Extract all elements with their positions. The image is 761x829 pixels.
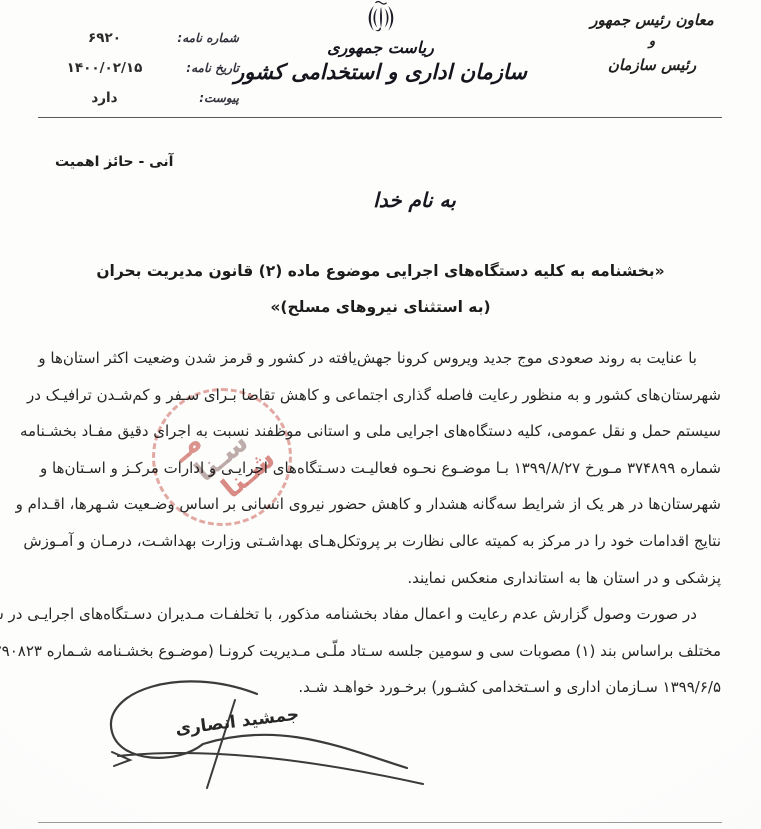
circular-title-line1: «بخشنامه به کلیه دستگاه‌های اجرایی موضوع… [40,262,721,280]
official-letter-page: معاون رئیس جمهور و رئیس سازمان ریاست جمه… [0,0,761,829]
body-line: در صورت وصول گزارش عدم رعایت و اعمال مفا… [40,596,721,633]
letter-date-value: ۱۴۰۰/۰۲/۱۵ [42,60,167,76]
letter-number-row: شماره نامه: ۶۹۲۰ [34,30,239,60]
body-line: شهرستان‌ها در هر یک از شرایط سه‌گانه هشد… [40,486,721,523]
bismillah-calligraphy: به نام خدا [34,188,761,212]
letter-number-value: ۶۹۲۰ [42,30,167,46]
body-paragraph-1: با عنایت به روند صعودی موج جدید ویروس کر… [40,340,721,596]
circular-title-line2: (به استثنای نیروهای مسلح)» [40,298,721,316]
letter-attachment-row: پیوست: دارد [34,90,239,120]
footer-divider [38,822,722,823]
letter-attachment-label: پیوست: [167,91,239,105]
letter-meta-block: شماره نامه: ۶۹۲۰ تاریخ نامه: ۱۴۰۰/۰۲/۱۵ … [34,30,239,120]
handwritten-signature-strokes [85,664,485,804]
iran-emblem-icon [365,0,397,36]
letter-date-row: تاریخ نامه: ۱۴۰۰/۰۲/۱۵ [34,60,239,90]
body-line: شهرستان‌های کشور و به منظور رعایت فاصله … [40,377,721,414]
body-line: پزشکی و در استان ها به استانداری منعکس ن… [40,560,721,597]
body-line: نتایج اقدامات خود را در مرکز به کمیته عا… [40,523,721,560]
letter-number-label: شماره نامه: [167,31,239,45]
body-line: با عنایت به روند صعودی موج جدید ویروس کر… [40,340,721,377]
letter-date-label: تاریخ نامه: [167,61,239,75]
letter-attachment-value: دارد [42,90,167,106]
body-line: سیستم حمل و نقل عمومی، کلیه دستگاه‌های ا… [40,413,721,450]
priority-note: آنی - حائز اهمیت [55,154,173,170]
body-line: شماره ۳۷۴۸۹۹ مـورخ ۱۳۹۹/۸/۲۷ بـا موضـوع … [40,450,721,487]
letterhead-divider [38,117,722,118]
